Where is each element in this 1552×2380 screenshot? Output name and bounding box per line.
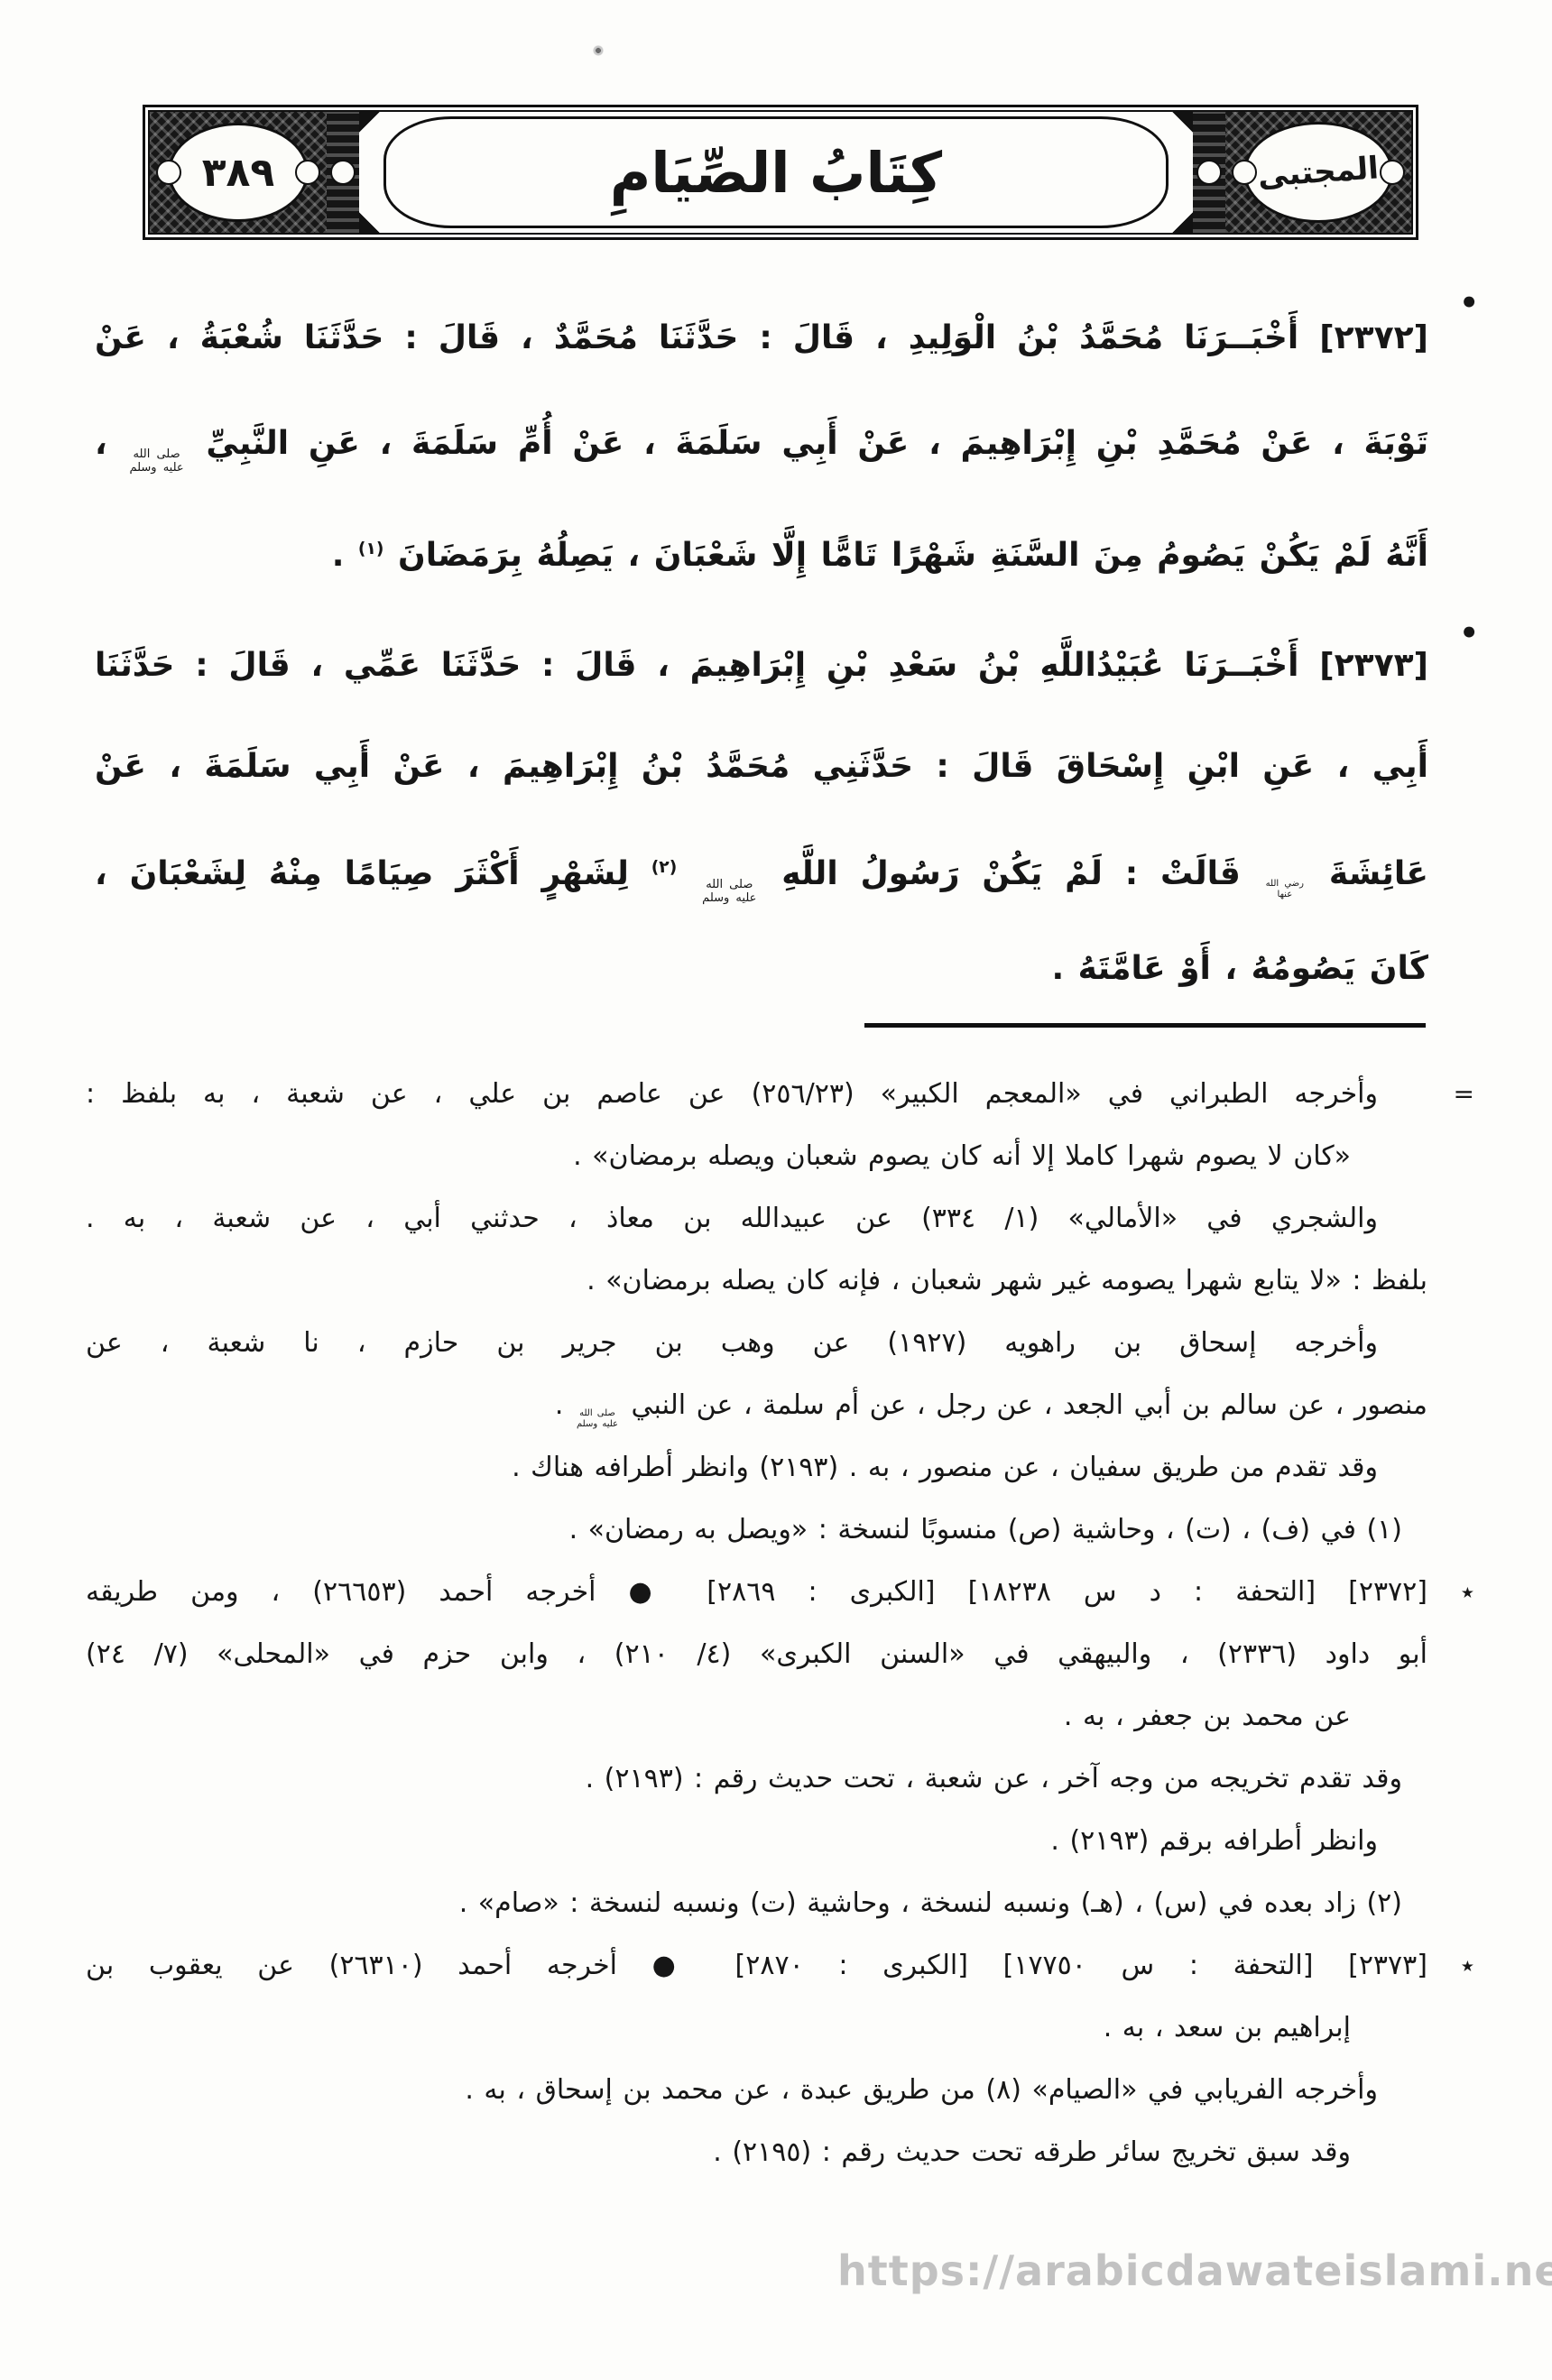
footnote-line: وأخرجه الفريابي في «الصيام» (٨) من طريق … bbox=[86, 2059, 1427, 2121]
footnote-line: إبراهيم بن سعد ، به . bbox=[86, 1997, 1427, 2059]
footnote-line: وقد تقدم تخريجه من وجه آخر ، عن شعبة ، ت… bbox=[86, 1748, 1427, 1810]
footnotes: = وأخرجه الطبراني في «المعجم الكبير» (٢٥… bbox=[86, 1063, 1427, 2183]
footnote-marker: (١) bbox=[358, 540, 384, 558]
book-page: ٣٨٩ كِتَابُ الصِّيَامِ المجتبى [٢٣٧٢] أَ… bbox=[0, 0, 1552, 2380]
footnote-line: ٭ [٢٣٧٢] [التحفة : د س ١٨٢٣٨] [الكبرى : … bbox=[86, 1561, 1427, 1623]
header-band: ٣٨٩ كِتَابُ الصِّيَامِ المجتبى bbox=[143, 105, 1418, 240]
hadith-line: أَبِي ، عَنِ ابْنِ إِسْحَاقَ قَالَ : حَد… bbox=[95, 716, 1428, 817]
hadith-bullet: • bbox=[1459, 615, 1479, 651]
hadith-2373: [٢٣٧٣] أَخْبَــرَنَا عُبَيْدُاللَّهِ بْن… bbox=[95, 615, 1428, 1019]
saw-symbol: صلى اللهعليه وسلم bbox=[129, 447, 183, 475]
radiallahu-anha-symbol: رضي اللهعنها bbox=[1266, 879, 1304, 900]
footnote-line: عن محمد بن جعفر ، به . bbox=[86, 1685, 1427, 1748]
saw-symbol: صلى اللهعليه وسلم bbox=[702, 878, 756, 905]
footnote-line: وقد تقدم من طريق سفيان ، عن منصور ، به .… bbox=[86, 1436, 1427, 1499]
footnote-line: (٢) زاد بعده في (س) ، (هـ) ونسبه لنسخة ،… bbox=[86, 1872, 1427, 1934]
tuhfa-star-mark: ٭ bbox=[1461, 1561, 1474, 1623]
tuhfa-star-mark: ٭ bbox=[1461, 1934, 1474, 1997]
book-title: كِتَابُ الصِّيَامِ bbox=[610, 140, 942, 206]
footnote-line: ٭ [٢٣٧٣] [التحفة : س ١٧٧٥٠] [الكبرى : ٢٨… bbox=[86, 1934, 1427, 1997]
hadith-bullet: • bbox=[1459, 285, 1479, 321]
footnote-line: = وأخرجه الطبراني في «المعجم الكبير» (٢٥… bbox=[86, 1063, 1427, 1125]
page-number-cell: ٣٨٩ bbox=[150, 112, 327, 233]
saw-symbol: صلى اللهعليه وسلم bbox=[577, 1408, 618, 1430]
logo-cell: المجتبى bbox=[1225, 112, 1411, 233]
footnote-line: وقد سبق تخريج سائر طرقه تحت حديث رقم : (… bbox=[86, 2121, 1427, 2183]
hadith-line: عَائِشَةَ رضي اللهعنها قَالَتْ : لَمْ يَ… bbox=[95, 817, 1428, 918]
ornament-divider-left bbox=[327, 112, 359, 233]
footnote-line: وأخرجه إسحاق بن راهويه (١٩٢٧) عن وهب بن … bbox=[86, 1312, 1427, 1374]
title-cartouche: كِتَابُ الصِّيَامِ bbox=[383, 116, 1169, 228]
page-number: ٣٨٩ bbox=[202, 150, 275, 196]
footnote-separator bbox=[864, 1023, 1426, 1028]
continuation-mark: = bbox=[1454, 1063, 1474, 1125]
footnote-line: أبو داود (٢٣٣٦) ، والبيهقي في «السنن الك… bbox=[86, 1623, 1427, 1685]
footnote-line: (١) في (ف) ، (ت) ، وحاشية (ص) منسوبًا لن… bbox=[86, 1499, 1427, 1561]
hadith-2372: [٢٣٧٢] أَخْبَــرَنَا مُحَمَّدُ بْنُ الْو… bbox=[95, 285, 1428, 602]
watermark: https://arabicdawateislami.net bbox=[837, 2246, 1552, 2295]
hadith-line: [٢٣٧٢] أَخْبَــرَنَا مُحَمَّدُ بْنُ الْو… bbox=[95, 285, 1428, 391]
ornament-divider-right bbox=[1193, 112, 1225, 233]
hadith-line: تَوْبَةَ ، عَنْ مُحَمَّدِ بْنِ إِبْرَاهِ… bbox=[95, 391, 1428, 496]
hadith-line: [٢٣٧٣] أَخْبَــرَنَا عُبَيْدُاللَّهِ بْن… bbox=[95, 615, 1428, 716]
page-number-medallion: ٣٨٩ bbox=[168, 123, 309, 222]
logo-medallion: المجتبى bbox=[1243, 122, 1393, 223]
title-cell: كِتَابُ الصِّيَامِ bbox=[359, 112, 1193, 233]
scan-speck bbox=[592, 43, 605, 58]
footnote-line: والشجري في «الأمالي» (١/ ٣٣٤) عن عبيدالل… bbox=[86, 1187, 1427, 1250]
book-logo: المجتبى bbox=[1257, 150, 1380, 194]
footnote-marker: (٢) bbox=[651, 858, 678, 877]
footnote-line: «كان لا يصوم شهرا كاملا إلا أنه كان يصوم… bbox=[86, 1125, 1427, 1187]
footnote-line: وانظر أطرافه برقم (٢١٩٣) . bbox=[86, 1810, 1427, 1872]
header-band-inner: ٣٨٩ كِتَابُ الصِّيَامِ المجتبى bbox=[148, 110, 1413, 235]
hadith-line: أَنَّهُ لَمْ يَكُنْ يَصُومُ مِنَ السَّنَ… bbox=[95, 496, 1428, 602]
footnote-line: منصور ، عن سالم بن أبي الجعد ، عن رجل ، … bbox=[86, 1374, 1427, 1436]
footnote-line: بلفظ : «لا يتابع شهرا يصومه غير شهر شعبا… bbox=[86, 1250, 1427, 1312]
hadith-line: كَانَ يَصُومُهُ ، أَوْ عَامَّتَهُ . bbox=[95, 918, 1428, 1019]
